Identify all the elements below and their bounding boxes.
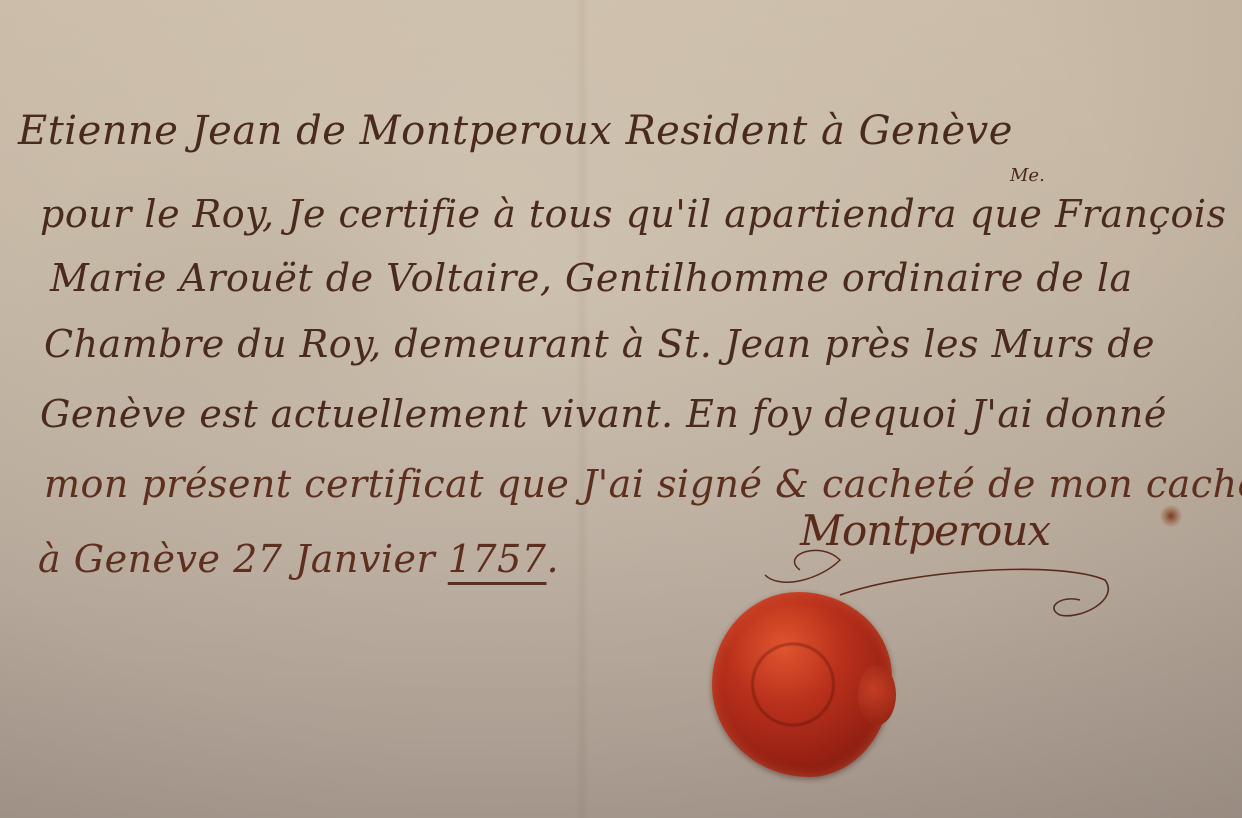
text-line-4: Chambre du Roy, demeurant à St. Jean prè… xyxy=(44,322,1155,366)
signature-name: Montperoux xyxy=(800,506,1050,555)
text-line-5: Genève est actuellement vivant. En foy d… xyxy=(40,392,1167,436)
date-place-and-day: à Genève 27 Janvier xyxy=(38,537,435,581)
text-line-1: Etienne Jean de Montperoux Resident à Ge… xyxy=(18,108,1013,154)
date-line: à Genève 27 Janvier 1757. xyxy=(38,537,559,581)
date-year: 1757 xyxy=(448,537,547,581)
text-line-3: Marie Arouët de Voltaire, Gentilhomme or… xyxy=(50,256,1133,300)
superscript-abbreviation: Me. xyxy=(1010,165,1045,186)
wax-seal-drip xyxy=(858,665,896,725)
ink-stain xyxy=(1160,505,1182,527)
text-line-2: pour le Roy, Je certifie à tous qu'il ap… xyxy=(40,192,1226,236)
date-period: . xyxy=(546,537,559,581)
